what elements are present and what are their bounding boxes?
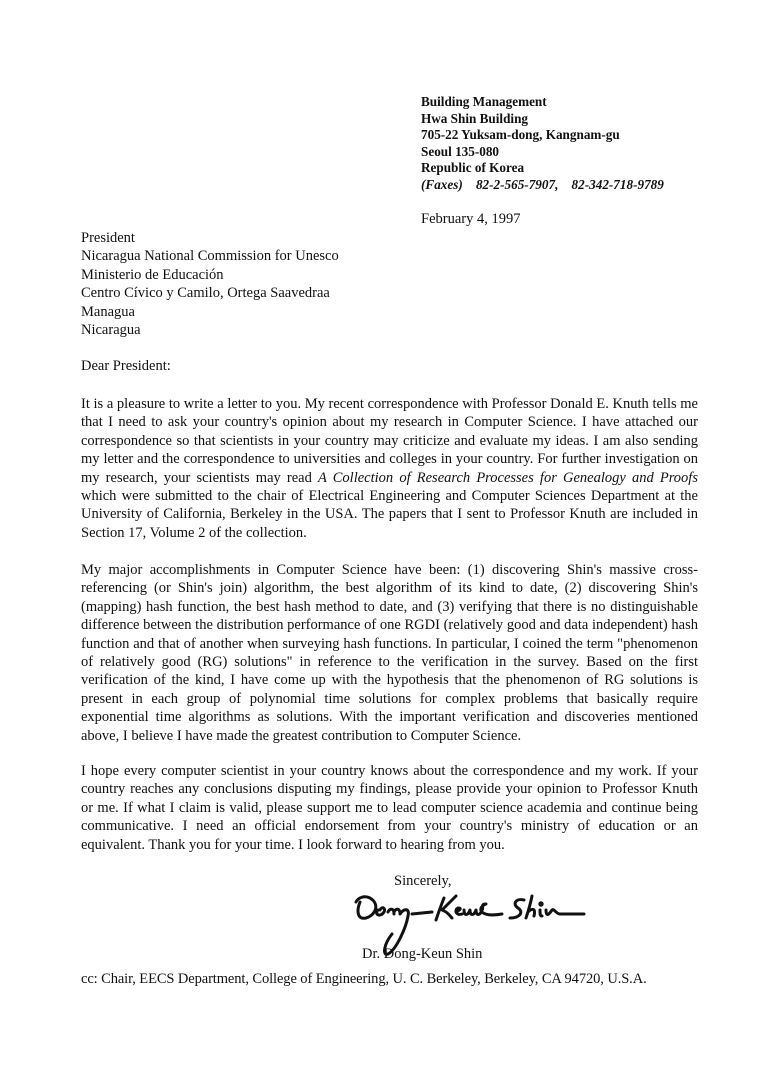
recipient-line: President bbox=[81, 229, 339, 247]
paragraph-text: which were submitted to the chair of Ele… bbox=[81, 488, 698, 541]
fax-numbers: 82-2-565-7907, 82-342-718-9789 bbox=[476, 177, 664, 192]
recipient-line: Nicaragua National Commission for Unesco bbox=[81, 247, 339, 265]
body-paragraph-1: It is a pleasure to write a letter to yo… bbox=[81, 395, 698, 542]
fax-label: (Faxes) bbox=[421, 177, 463, 192]
sender-line: Building Management bbox=[421, 94, 664, 111]
body-paragraph-3: I hope every computer scientist in your … bbox=[81, 762, 698, 854]
fax-line: (Faxes) 82-2-565-7907, 82-342-718-9789 bbox=[421, 177, 664, 194]
book-title: A Collection of Research Processes for G… bbox=[318, 470, 698, 486]
letter-date: February 4, 1997 bbox=[421, 211, 520, 228]
cc-line: cc: Chair, EECS Department, College of E… bbox=[81, 971, 647, 988]
sender-line: Republic of Korea bbox=[421, 160, 664, 177]
body-paragraph-2: My major accomplishments in Computer Sci… bbox=[81, 561, 698, 745]
sender-line: 705-22 Yuksam-dong, Kangnam-gu bbox=[421, 127, 664, 144]
recipient-address-block: President Nicaragua National Commission … bbox=[81, 229, 339, 339]
recipient-line: Nicaragua bbox=[81, 321, 339, 339]
recipient-line: Managua bbox=[81, 303, 339, 321]
recipient-line: Ministerio de Educación bbox=[81, 266, 339, 284]
salutation: Dear President: bbox=[81, 358, 171, 375]
signer-name: Dr. Dong-Keun Shin bbox=[362, 946, 482, 963]
sender-line: Seoul 135-080 bbox=[421, 144, 664, 161]
sender-address-block: Building Management Hwa Shin Building 70… bbox=[421, 94, 664, 194]
sender-line: Hwa Shin Building bbox=[421, 111, 664, 128]
recipient-line: Centro Cívico y Camilo, Ortega Saavedraa bbox=[81, 284, 339, 302]
